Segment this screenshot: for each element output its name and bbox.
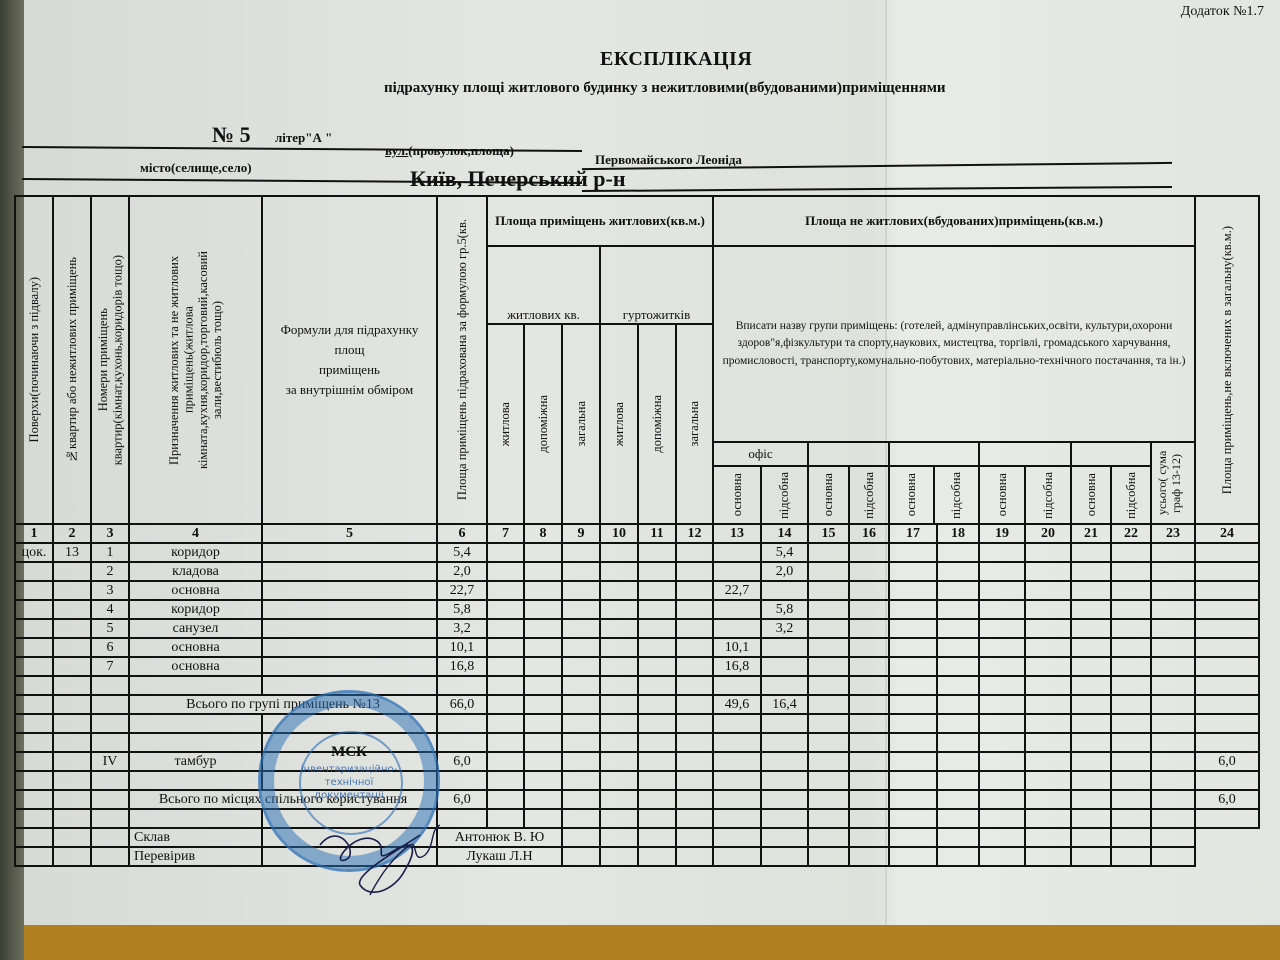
table-cell [1151,790,1195,809]
table-cell [15,847,53,866]
column-number: 7 [487,524,524,543]
table-cell [713,676,761,695]
table-cell [1111,619,1151,638]
table-cell [676,543,713,562]
apartment-cell [53,657,91,676]
room-number-cell: 1 [91,543,129,562]
table-cell [524,619,562,638]
office-main-cell: 10,1 [713,638,761,657]
floor-cell [15,600,53,619]
table-cell [808,733,849,752]
checked-name: Лукаш Л.Н [437,847,562,866]
table-cell [889,581,937,600]
table-cell [262,562,437,581]
table-cell [676,638,713,657]
not-included-cell: 6,0 [1195,752,1259,771]
table-cell [1025,638,1071,657]
table-cell [15,676,53,695]
table-cell [1071,847,1111,866]
table-cell [761,752,808,771]
table-cell [1025,657,1071,676]
table-cell [1111,828,1151,847]
table-cell [638,676,676,695]
table-cell [761,771,808,790]
table-cell [524,771,562,790]
not-included-cell [1195,619,1259,638]
table-cell [638,638,676,657]
table-cell [937,581,979,600]
table-row [15,771,1259,790]
column-number: 24 [1195,524,1259,543]
column-number: 17 [889,524,937,543]
table-cell [524,752,562,771]
table-cell [761,847,808,866]
document-title: ЕКСПЛІКАЦІЯ [600,48,752,71]
table-cell [889,619,937,638]
header-group-4: основнапідсобна [979,442,1071,524]
table-cell [638,657,676,676]
area-cell: 2,0 [437,562,487,581]
table-cell [91,847,129,866]
table-cell [262,771,437,790]
table-cell [1071,752,1111,771]
table-cell [676,809,713,828]
table-cell [1071,790,1111,809]
table-cell [1151,809,1195,828]
table-cell [638,600,676,619]
header-residential-group: Площа приміщень житлових(кв.м.) [487,196,713,246]
table-cell [638,619,676,638]
table-row [15,676,1259,695]
area-cell: 3,2 [437,619,487,638]
column-number: 21 [1071,524,1111,543]
table-cell [91,714,129,733]
table-cell [1025,676,1071,695]
table-cell [53,714,91,733]
office-main-cell [713,562,761,581]
header-group-3: основнапідсобна [889,442,979,524]
table-cell [1151,828,1195,847]
common-total-row: Всього по місцях спільного користування6… [15,790,1259,809]
table-cell [15,809,53,828]
table-cell [91,676,129,695]
area-cell: 16,8 [437,657,487,676]
table-cell [53,733,91,752]
table-cell [937,657,979,676]
purpose-cell: коридор [129,543,262,562]
table-cell [600,809,638,828]
group-total-row: Всього по групі приміщень №1366,049,616,… [15,695,1259,714]
apartment-cell [53,638,91,657]
office-main-cell: 22,7 [713,581,761,600]
table-cell [1111,657,1151,676]
table-row [15,714,1259,733]
table-cell [638,562,676,581]
compiled-label: Склав [129,828,262,847]
column-number: 2 [53,524,91,543]
table-cell [524,600,562,619]
column-number: 5 [262,524,437,543]
column-number: 1 [15,524,53,543]
table-cell [562,733,600,752]
table-cell [15,695,53,714]
table-cell [562,676,600,695]
table-cell [1025,752,1071,771]
table-cell [713,714,761,733]
table-cell [1071,543,1111,562]
table-cell [437,733,487,752]
table-cell [1195,733,1259,752]
column-number: 18 [937,524,979,543]
table-cell [849,676,889,695]
table-cell [676,695,713,714]
room-number-cell: 2 [91,562,129,581]
room-number-cell: 6 [91,638,129,657]
header-dormitories: гуртожитків [600,246,713,324]
table-cell [91,733,129,752]
table-cell [600,733,638,752]
floor-cell [15,657,53,676]
table-cell [487,790,524,809]
header-purpose: Призначення житлових та не житловихпримі… [129,196,262,524]
room-number-cell: 7 [91,657,129,676]
table-cell [262,828,437,847]
table-cell [15,714,53,733]
table-cell [524,543,562,562]
table-cell [889,562,937,581]
not-included-cell [1195,562,1259,581]
table-cell [937,809,979,828]
table-cell [1071,733,1111,752]
table-cell [1025,809,1071,828]
table-cell [487,562,524,581]
table-cell [889,600,937,619]
table-cell [437,714,487,733]
table-cell [1151,752,1195,771]
table-cell [1151,638,1195,657]
table-cell [638,733,676,752]
header-nonres-note: Вписати назву групи приміщень: (готелей,… [713,246,1195,442]
room-number-cell: IV [91,752,129,771]
column-number: 13 [713,524,761,543]
table-cell [562,828,600,847]
table-cell [1025,543,1071,562]
common-total-not-included: 6,0 [1195,790,1259,809]
purpose-cell: кладова [129,562,262,581]
table-cell [1071,657,1111,676]
table-cell [713,847,761,866]
table-cell [761,733,808,752]
table-cell [849,562,889,581]
table-cell [937,752,979,771]
table-cell [849,695,889,714]
table-cell [1071,600,1111,619]
table-cell [524,695,562,714]
header-area: Площа приміщень підрахована за формулою … [437,196,487,524]
table-cell [1151,847,1195,866]
table-cell [1025,714,1071,733]
table-cell [1071,638,1111,657]
table-cell [524,581,562,600]
table-cell [808,695,849,714]
table-cell [487,809,524,828]
column-number: 20 [1025,524,1071,543]
table-cell [979,562,1025,581]
table-cell [713,752,761,771]
table-cell [91,828,129,847]
room-number-cell: 5 [91,619,129,638]
table-cell [1111,581,1151,600]
table-cell [1151,771,1195,790]
table-cell [638,771,676,790]
header-c11: допоміжна [638,324,676,524]
table-cell [676,828,713,847]
table-cell [1071,714,1111,733]
table-cell [1111,790,1151,809]
office-aux-cell: 5,4 [761,543,808,562]
table-cell [937,695,979,714]
signature-row: ПеревіривЛукаш Л.Н [15,847,1259,866]
table-cell [562,581,600,600]
table-cell [849,790,889,809]
table-cell [262,714,437,733]
signature-row: СклавАнтонюк В. Ю [15,828,1259,847]
header-c12: загальна [676,324,713,524]
table-cell [638,828,676,847]
column-number: 19 [979,524,1025,543]
room-number-cell: 3 [91,581,129,600]
group-total-area: 66,0 [437,695,487,714]
table-cell [808,752,849,771]
header-nonresidential-group: Площа не житлових(вбудованих)приміщень(к… [713,196,1195,246]
table-cell [849,657,889,676]
table-cell [600,752,638,771]
table-cell [562,657,600,676]
table-cell [808,847,849,866]
table-cell [600,828,638,847]
table-cell [979,600,1025,619]
table-cell [1151,733,1195,752]
table-cell [562,638,600,657]
table-cell [262,733,437,752]
table-cell [761,809,808,828]
table-cell [562,695,600,714]
table-cell [937,790,979,809]
table-cell [979,581,1025,600]
table-cell [979,695,1025,714]
table-cell [1195,676,1259,695]
table-cell [1195,809,1259,828]
group-total-aux: 16,4 [761,695,808,714]
table-cell [808,657,849,676]
table-cell [761,828,808,847]
table-cell [808,543,849,562]
column-number: 11 [638,524,676,543]
area-cell: 5,8 [437,600,487,619]
table-cell [562,619,600,638]
table-cell [849,714,889,733]
not-included-cell [1195,657,1259,676]
table-cell [808,809,849,828]
table-cell [676,790,713,809]
table-cell [1025,828,1071,847]
table-cell [129,714,262,733]
table-row: 7основна16,816,8 [15,657,1259,676]
table-cell [713,809,761,828]
table-row: 4коридор5,85,8 [15,600,1259,619]
table-cell [808,676,849,695]
table-cell [638,752,676,771]
header-c8: допоміжна [524,324,562,524]
table-cell [262,676,437,695]
table-cell [91,809,129,828]
table-cell [937,676,979,695]
column-number: 4 [129,524,262,543]
city-value: Київ, Печерський р-н [410,166,626,192]
table-cell [262,847,437,866]
table-cell [889,676,937,695]
table-cell [1111,600,1151,619]
table-cell [15,771,53,790]
table-cell [1151,714,1195,733]
area-cell: 10,1 [437,638,487,657]
table-cell [524,657,562,676]
table-cell [849,581,889,600]
table-cell [562,752,600,771]
table-cell [53,771,91,790]
table-cell [562,790,600,809]
table-cell [129,733,262,752]
table-cell [889,695,937,714]
table-cell [1151,676,1195,695]
table-cell [1111,638,1151,657]
table-cell [437,676,487,695]
table-cell [1111,543,1151,562]
table-cell [437,809,487,828]
table-cell [937,828,979,847]
table-cell [713,733,761,752]
header-apartment: №квартир або нежитлових приміщень [53,196,91,524]
table-cell [937,714,979,733]
table-cell [600,714,638,733]
table-cell [808,771,849,790]
apartment-cell [53,619,91,638]
table-row: цок.131коридор5,45,4 [15,543,1259,562]
table-cell [600,543,638,562]
table-cell [487,657,524,676]
table-cell [638,847,676,866]
table-cell [979,809,1025,828]
table-cell [1071,695,1111,714]
table-cell [849,752,889,771]
purpose-cell: основна [129,657,262,676]
table-cell [524,733,562,752]
table-cell [1025,619,1071,638]
table-cell [638,695,676,714]
table-cell [849,847,889,866]
common-total-label: Всього по місцях спільного користування [129,790,437,809]
document-subtitle: підрахунку площі житлового будинку з неж… [384,80,946,97]
table-cell [53,676,91,695]
table-cell [808,828,849,847]
column-number: 22 [1111,524,1151,543]
table-cell [1071,809,1111,828]
table-cell [638,714,676,733]
table-cell [849,809,889,828]
header-floor: Поверхи(починаючи з підвалу) [15,196,53,524]
compiled-name: Антонюк В. Ю [437,828,562,847]
table-cell [979,847,1025,866]
not-included-cell [1195,600,1259,619]
table-cell [600,771,638,790]
header-group-5: основнапідсобна [1071,442,1151,524]
table-cell [979,676,1025,695]
apartment-cell [53,581,91,600]
table-cell [849,733,889,752]
table-cell [979,790,1025,809]
table-cell [808,638,849,657]
table-cell [1151,581,1195,600]
column-number: 10 [600,524,638,543]
table-cell [600,676,638,695]
table-cell [600,581,638,600]
table-cell [91,695,129,714]
building-liter: літер"А " [275,130,332,146]
table-cell [889,714,937,733]
table-cell [562,714,600,733]
header-c23: усього( сума граф 13-12) [1151,442,1195,524]
table-cell [53,752,91,771]
table-cell [979,714,1025,733]
table-cell [937,847,979,866]
group-total-main: 49,6 [713,695,761,714]
column-number: 16 [849,524,889,543]
table-cell [808,562,849,581]
table-cell [889,809,937,828]
office-main-cell [713,619,761,638]
table-row [15,809,1259,828]
table-cell [487,733,524,752]
table-cell [91,771,129,790]
table-cell [600,562,638,581]
table-cell [262,638,437,657]
table-cell [524,562,562,581]
table-cell [437,771,487,790]
table-cell [53,847,91,866]
table-cell [562,771,600,790]
table-cell [129,771,262,790]
office-main-cell [713,600,761,619]
office-aux-cell: 5,8 [761,600,808,619]
table-cell [889,733,937,752]
table-cell [849,543,889,562]
table-cell [889,657,937,676]
office-main-cell [713,543,761,562]
table-cell [638,809,676,828]
table-cell [638,543,676,562]
table-cell [638,790,676,809]
office-aux-cell [761,638,808,657]
apartment-cell: 13 [53,543,91,562]
table-cell [937,600,979,619]
area-cell: 5,4 [437,543,487,562]
purpose-cell: санузел [129,619,262,638]
table-cell [1151,562,1195,581]
not-included-cell [1195,581,1259,600]
table-cell [487,714,524,733]
table-cell [808,600,849,619]
table-cell [262,809,437,828]
